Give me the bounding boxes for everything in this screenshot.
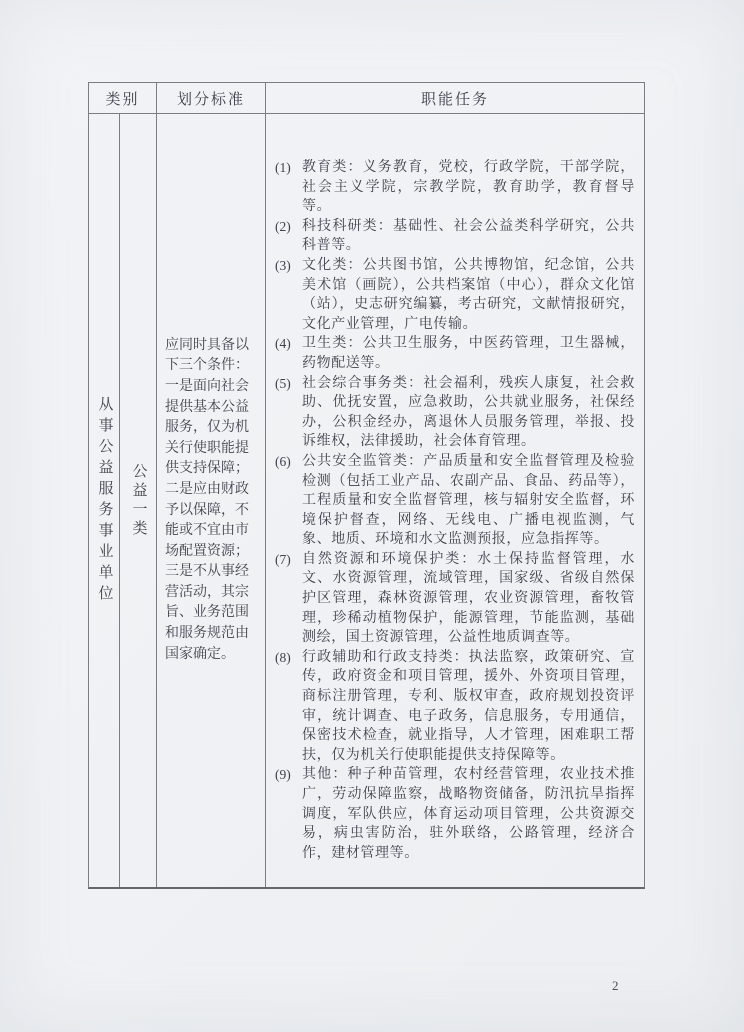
task-item: (3) 文化类：公共图书馆，公共博物馆，纪念馆，公共美术馆（画院），公共档案馆（… [275, 256, 635, 334]
task-text: 公共安全监管类：产品质量和安全监督管理及检验检测（包括工业产品、农副产品、食品、… [302, 452, 635, 550]
subcategory-label-vertical: 公益一类 [131, 463, 146, 539]
task-number: (1) [275, 158, 302, 178]
task-text: 教育类：义务教育，党校，行政学院，干部学院，社会主义学院，宗教学院，教育助学，教… [302, 158, 635, 217]
task-text: 卫生类：公共卫生服务，中医药管理，卫生器械，药物配送等。 [302, 334, 635, 373]
table-header-row: 类别 划分标准 职能任务 [89, 83, 644, 114]
criteria-text: 应同时具备以 下三个条件： 一是面向社会 提供基本公益 服务，仅为机 关行使职能… [165, 336, 257, 666]
criteria-cell: 应同时具备以 下三个条件： 一是面向社会 提供基本公益 服务，仅为机 关行使职能… [157, 114, 266, 887]
tasks-cell: (1) 教育类：义务教育，党校，行政学院，干部学院，社会主义学院，宗教学院，教育… [266, 114, 644, 887]
task-item: (1) 教育类：义务教育，党校，行政学院，干部学院，社会主义学院，宗教学院，教育… [275, 158, 635, 217]
task-item: (5) 社会综合事务类：社会福利，残疾人康复，社会救助、优抚安置，应急救助，公共… [275, 374, 635, 452]
task-text: 行政辅助和行政支持类：执法监察，政策研究、宣传，政府资金和项目管理，援外、外资项… [302, 648, 635, 766]
category-cell-inner: 公益一类 [120, 114, 157, 887]
task-number: (6) [275, 452, 302, 472]
document-page: 类别 划分标准 职能任务 从事公益服务事业单位 公益一类 应同时具备以 下三个条… [0, 0, 744, 1032]
task-number: (4) [275, 334, 302, 354]
tasks-list: (1) 教育类：义务教育，党校，行政学院，干部学院，社会主义学院，宗教学院，教育… [275, 158, 635, 863]
column-header-tasks: 职能任务 [266, 83, 644, 113]
classification-table: 类别 划分标准 职能任务 从事公益服务事业单位 公益一类 应同时具备以 下三个条… [88, 82, 645, 889]
task-text: 其他：种子种苗管理，农村经营管理，农业技术推广，劳动保障监察，战略物资储备，防汛… [302, 765, 635, 863]
task-number: (9) [275, 765, 302, 785]
task-item: (2) 科技科研类：基础性、社会公益类科学研究，公共科普等。 [275, 217, 635, 256]
category-cell-outer: 从事公益服务事业单位 [89, 114, 120, 887]
task-item: (7) 自然资源和环境保护类：水土保持监督管理，水文、水资源管理，流域管理，国家… [275, 550, 635, 648]
task-number: (2) [275, 217, 302, 237]
task-number: (8) [275, 648, 302, 668]
task-number: (7) [275, 550, 302, 570]
task-item: (9) 其他：种子种苗管理，农村经营管理，农业技术推广，劳动保障监察，战略物资储… [275, 765, 635, 863]
table-body-row: 从事公益服务事业单位 公益一类 应同时具备以 下三个条件： 一是面向社会 提供基… [89, 114, 644, 887]
column-header-criteria: 划分标准 [157, 83, 266, 113]
task-text: 自然资源和环境保护类：水土保持监督管理，水文、水资源管理，流域管理，国家级、省级… [302, 550, 635, 648]
task-number: (3) [275, 256, 302, 276]
task-item: (6) 公共安全监管类：产品质量和安全监督管理及检验检测（包括工业产品、农副产品… [275, 452, 635, 550]
task-text: 科技科研类：基础性、社会公益类科学研究，公共科普等。 [302, 217, 635, 256]
task-text: 文化类：公共图书馆，公共博物馆，纪念馆，公共美术馆（画院），公共档案馆（中心），… [302, 256, 635, 334]
task-item: (8) 行政辅助和行政支持类：执法监察，政策研究、宣传，政府资金和项目管理，援外… [275, 648, 635, 766]
category-label-vertical: 从事公益服务事业单位 [97, 396, 112, 606]
page-number: 2 [612, 978, 619, 994]
task-item: (4) 卫生类：公共卫生服务，中医药管理，卫生器械，药物配送等。 [275, 334, 635, 373]
task-text: 社会综合事务类：社会福利，残疾人康复，社会救助、优抚安置，应急救助，公共就业服务… [302, 374, 635, 452]
column-header-category: 类别 [89, 83, 157, 113]
task-number: (5) [275, 374, 302, 394]
